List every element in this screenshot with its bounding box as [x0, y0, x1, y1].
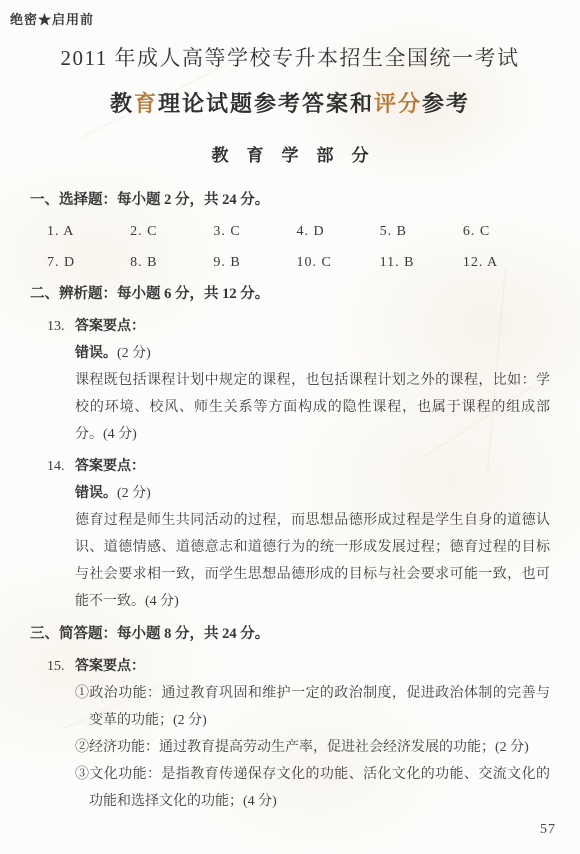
answer-cell: 1. A	[47, 216, 130, 247]
page-number: 57	[540, 822, 556, 838]
answer-cell: 4. D	[296, 216, 379, 247]
title-segment-tinted: 育	[134, 91, 158, 116]
answer-cell: 7. D	[47, 247, 130, 278]
point-line: ①政治功能：通过教育巩固和维护一定的政治制度，促进政治体制的完善与变革的功能；(…	[75, 680, 550, 734]
verdict-text: 错误。	[75, 346, 117, 361]
item-number: 14.	[47, 453, 75, 480]
section-choice-heading: 一、选择题：每小题 2 分，共 24 分。	[30, 187, 550, 214]
explanation-text: 课程既包括课程计划中规定的课程，也包括课程计划之外的课程，比如：学校的环境、校风…	[75, 367, 550, 448]
answer-key-title: 教育理论试题参考答案和评分参考	[0, 87, 580, 118]
answer-points-label: 答案要点：	[75, 653, 145, 680]
part-title: 教育学部分	[0, 141, 580, 166]
answer-points-label: 答案要点：	[75, 313, 145, 340]
answer-cell: 6. C	[463, 216, 546, 247]
title-segment: 理论试题参考答案和	[158, 91, 374, 116]
document-page: 绝密★启用前 2011 年成人高等学校专升本招生全国统一考试 教育理论试题参考答…	[0, 0, 580, 854]
answer-cell: 2. C	[130, 216, 213, 247]
title-segment: 教	[110, 91, 134, 116]
title-segment-tinted: 评分	[374, 91, 422, 116]
answer-cell: 5. B	[380, 216, 463, 247]
answer-cell: 3. C	[213, 216, 296, 247]
answer-points-label: 答案要点：	[75, 453, 145, 480]
item-body: 错误。(2 分) 课程既包括课程计划中规定的课程，也包括课程计划之外的课程，比如…	[75, 340, 550, 448]
point-line: ③文化功能：是指教育传递保存文化的功能、活化文化的功能、交流文化的功能和选择文化…	[75, 761, 550, 815]
item-head: 14. 答案要点：	[47, 453, 550, 480]
item-body: ①政治功能：通过教育巩固和维护一定的政治制度，促进政治体制的完善与变革的功能；(…	[75, 680, 550, 815]
answer-cell: 8. B	[130, 247, 213, 278]
score-text: (2 分)	[117, 346, 151, 361]
classification-label: 绝密★启用前	[10, 9, 94, 28]
verdict-text: 错误。	[75, 486, 117, 501]
answer-item-14: 14. 答案要点： 错误。(2 分) 德育过程是师生共同活动的过程，而思想品德形…	[47, 453, 550, 615]
section-short-answer-heading: 三、简答题：每小题 8 分，共 24 分。	[30, 621, 550, 648]
item-body: 错误。(2 分) 德育过程是师生共同活动的过程，而思想品德形成过程是学生自身的道…	[75, 480, 550, 615]
explanation-text: 德育过程是师生共同活动的过程，而思想品德形成过程是学生自身的道德认识、道德情感、…	[75, 507, 550, 615]
answer-cell: 9. B	[213, 247, 296, 278]
item-head: 13. 答案要点：	[47, 313, 550, 340]
answer-cell: 12. A	[463, 247, 546, 278]
exam-title: 2011 年成人高等学校专升本招生全国统一考试	[0, 42, 580, 72]
item-number: 13.	[47, 313, 75, 340]
verdict-line: 错误。(2 分)	[75, 340, 550, 367]
document-body: 一、选择题：每小题 2 分，共 24 分。 1. A 2. C 3. C 4. …	[0, 166, 580, 815]
score-text: (2 分)	[117, 486, 151, 501]
answer-item-15: 15. 答案要点： ①政治功能：通过教育巩固和维护一定的政治制度，促进政治体制的…	[47, 653, 550, 815]
answer-cell: 10. C	[296, 247, 379, 278]
title-segment: 参考	[422, 91, 470, 116]
answer-item-13: 13. 答案要点： 错误。(2 分) 课程既包括课程计划中规定的课程，也包括课程…	[47, 313, 550, 448]
section-analysis-heading: 二、辨析题：每小题 6 分，共 12 分。	[30, 281, 550, 308]
point-line: ②经济功能：通过教育提高劳动生产率，促进社会经济发展的功能；(2 分)	[75, 734, 550, 761]
item-number: 15.	[47, 653, 75, 680]
answer-cell: 11. B	[380, 247, 463, 278]
item-head: 15. 答案要点：	[47, 653, 550, 680]
verdict-line: 错误。(2 分)	[75, 480, 550, 507]
choice-answer-grid: 1. A 2. C 3. C 4. D 5. B 6. C 7. D 8. B …	[47, 216, 546, 278]
